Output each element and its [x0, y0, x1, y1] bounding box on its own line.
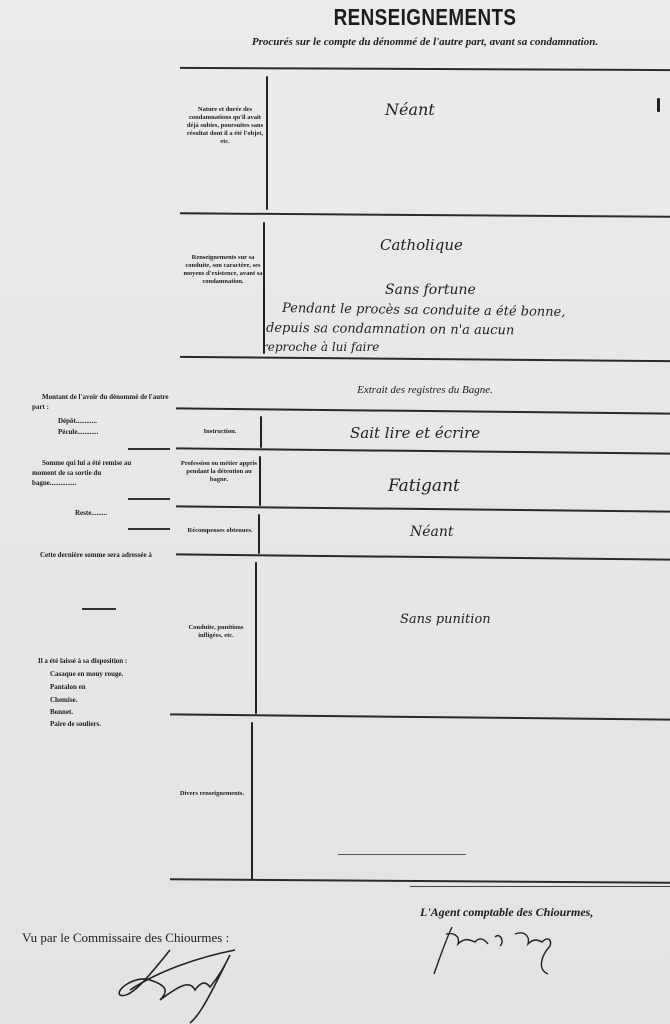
page-subtitle: Procurés sur le compte du dénommé de l'a…: [180, 36, 670, 48]
disposition-item: Casaque en mouy rouge.: [50, 669, 123, 679]
value-fortune: Sans fortune: [385, 282, 476, 298]
brace-condamnations: [266, 76, 268, 210]
brace-profession: [259, 456, 261, 506]
label-condamnations: Nature et durée des condamnations qu'il …: [185, 106, 265, 146]
brace-renseignements: [263, 222, 265, 354]
value-religion: Catholique: [380, 236, 463, 254]
reste-rule: [128, 528, 170, 530]
rule-4: [176, 447, 670, 454]
disposition-item: Paire de souliers.: [50, 719, 101, 729]
value-condamnations: Néant: [385, 100, 435, 119]
agent-signature: [430, 922, 570, 987]
disposition-item: Bonnet.: [50, 707, 73, 717]
rule-top: [180, 67, 670, 71]
document-page: RENSEIGNEMENTS Procurés sur le compte du…: [0, 0, 670, 1024]
avoir-total-rule: [128, 448, 170, 450]
divers-dotted-line: [338, 854, 466, 855]
adresse-text: Cette dernière somme sera adressée à: [32, 550, 172, 560]
rule-5: [176, 505, 670, 512]
margin-mark: [657, 98, 660, 112]
footer-top-rule: [410, 886, 670, 887]
label-divers: Divers renseignements.: [172, 790, 252, 798]
value-conduite-2: depuis sa condamnation on n'a aucun: [266, 321, 514, 339]
agent-label: L'Agent comptable des Chiourmes,: [420, 905, 593, 920]
value-conduite-3: reproche à lui faire: [262, 340, 379, 354]
avoir-heading: Montant de l'avoir du dénommé de l'autre…: [32, 392, 180, 412]
label-instruction: Instruction.: [180, 428, 260, 436]
value-recompenses: Néant: [410, 524, 454, 540]
label-profession: Profession ou métier appris pendant la d…: [178, 460, 260, 484]
bagne-heading: Extrait des registres du Bagne.: [260, 384, 590, 396]
rule-3: [176, 407, 670, 414]
brace-divers: [251, 722, 253, 880]
label-recompenses: Récompenses obtenues.: [180, 527, 260, 535]
adresse-rule: [82, 608, 116, 610]
disposition-item: Pantalon en: [50, 682, 86, 692]
label-renseignements: Renseignements sur sa conduite, son cara…: [182, 254, 264, 286]
remise-text: Somme qui lui a été remise au moment de …: [32, 458, 140, 488]
value-instruction: Sait lire et écrire: [350, 424, 480, 442]
rule-7: [170, 713, 670, 720]
brace-instruction: [260, 416, 262, 448]
value-profession: Fatigant: [388, 476, 460, 496]
pecule-line: Pécule............: [58, 427, 98, 437]
label-conduite: Conduite, punitions infligées, etc.: [176, 624, 256, 640]
commissaire-label: Vu par le Commissaire des Chiourmes :: [22, 930, 229, 946]
brace-recompenses: [258, 514, 260, 554]
rule-6: [176, 553, 670, 560]
remise-rule: [128, 498, 170, 500]
page-title: RENSEIGNEMENTS: [224, 4, 626, 31]
value-conduite-1: Pendant le procès sa conduite a été bonn…: [282, 301, 566, 320]
brace-conduite: [255, 562, 257, 714]
depot-line: Dépôt............: [58, 416, 97, 426]
disposition-item: Chemise.: [50, 695, 77, 705]
reste-line: Reste.........: [75, 508, 107, 518]
rule-1: [180, 212, 670, 217]
value-conduite: Sans punition: [400, 612, 491, 627]
rule-2: [180, 356, 670, 362]
commissaire-signature: [110, 945, 240, 1024]
rule-bottom: [170, 878, 670, 883]
disposition-heading: Il a été laissé à sa disposition :: [38, 656, 127, 666]
